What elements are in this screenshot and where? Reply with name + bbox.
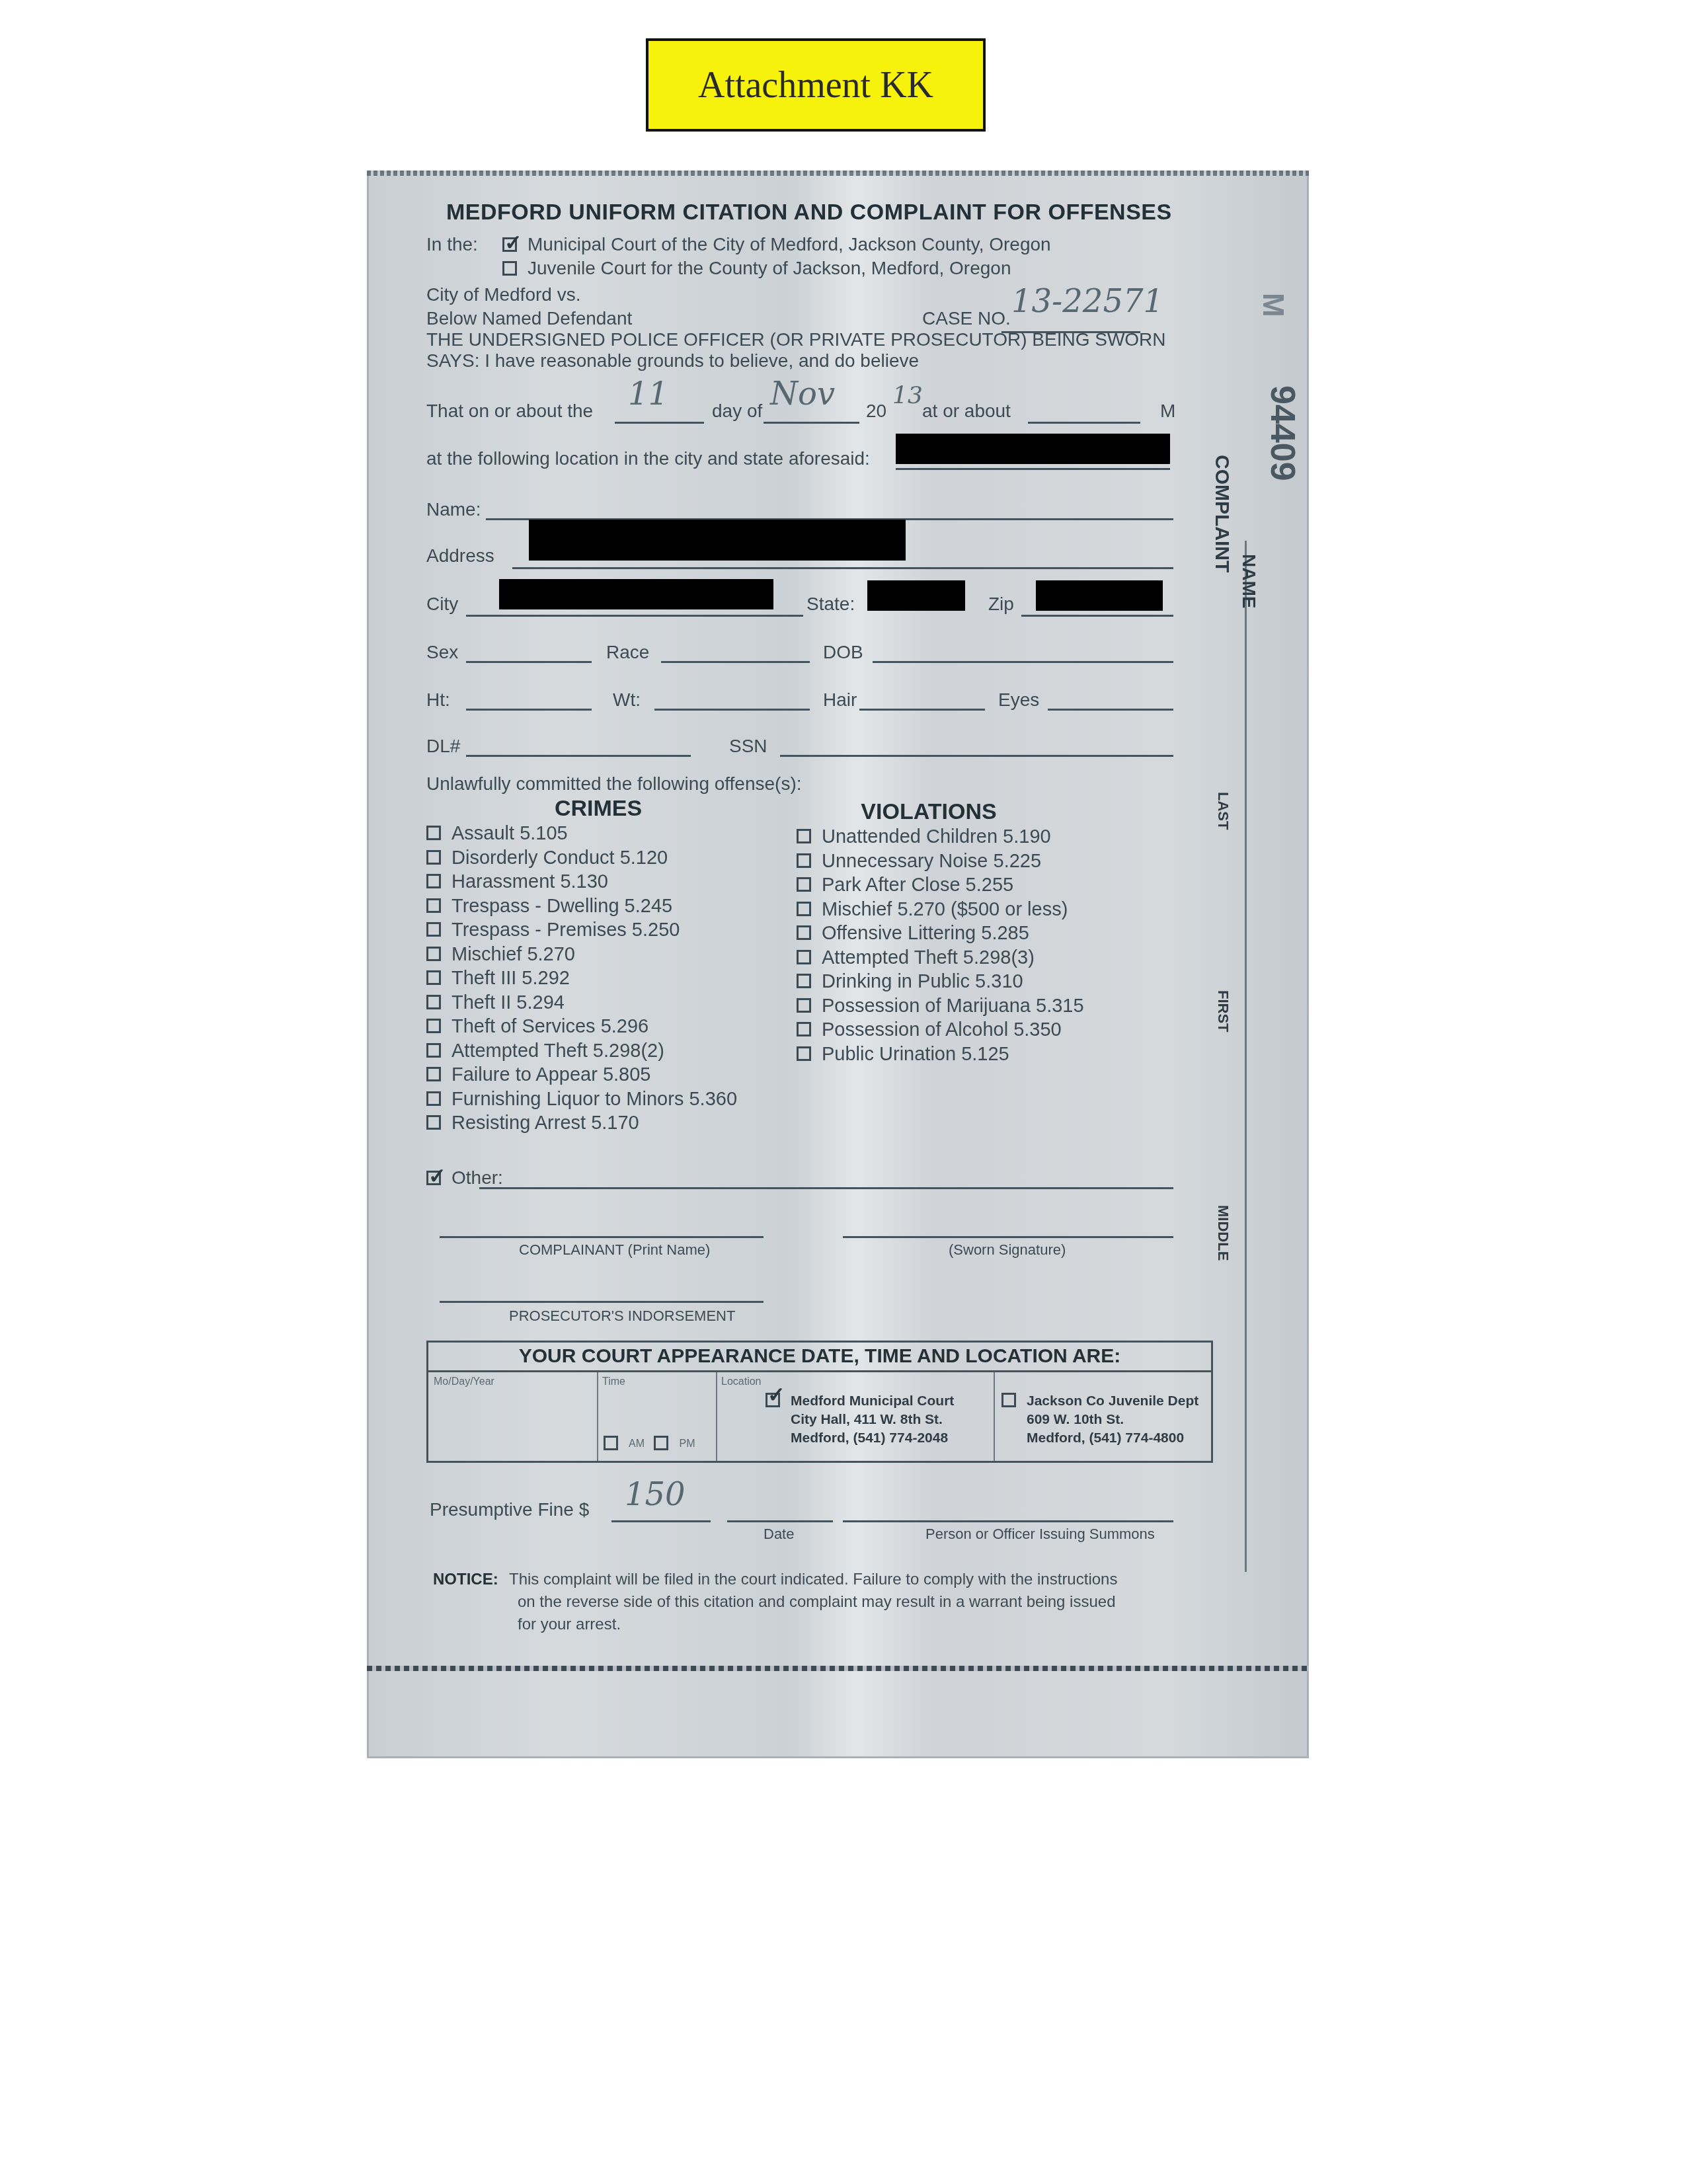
crimes-label: Disorderly Conduct 5.120 <box>451 847 668 869</box>
crimes-label: Theft of Services 5.296 <box>451 1016 648 1037</box>
crimes-item[interactable]: Harassment 5.130 <box>426 870 770 894</box>
prosecutor-label: PROSECUTOR'S INDORSEMENT <box>509 1307 735 1325</box>
crimes-checkbox[interactable] <box>426 947 441 961</box>
address-label: Address <box>426 545 494 566</box>
municipal-court-checkbox[interactable] <box>765 1393 780 1407</box>
crimes-checkbox[interactable] <box>426 1115 441 1130</box>
race-label: Race <box>606 642 649 663</box>
fine-value[interactable]: 150 <box>625 1476 686 1513</box>
at-or-about-label: at or about <box>922 401 1011 422</box>
crimes-label: Furnishing Liquor to Minors 5.360 <box>451 1089 737 1110</box>
violations-item[interactable]: Unnecessary Noise 5.225 <box>797 849 1167 874</box>
state-label: State: <box>806 594 855 615</box>
attachment-label: Attachment KK <box>646 38 986 132</box>
year-prefix: 20 <box>866 401 886 422</box>
below-named: Below Named Defendant <box>426 308 632 329</box>
violations-checkbox[interactable] <box>797 853 811 868</box>
crimes-item[interactable]: Trespass - Dwelling 5.245 <box>426 894 770 919</box>
crimes-item[interactable]: Disorderly Conduct 5.120 <box>426 846 770 871</box>
date-prefix: That on or about the <box>426 401 593 422</box>
violations-label: Unattended Children 5.190 <box>822 826 1051 847</box>
middle-side-label: MIDDLE <box>1214 1205 1232 1261</box>
first-side-label: FIRST <box>1214 990 1232 1033</box>
weight-label: Wt: <box>613 689 641 711</box>
violations-label: Offensive Littering 5.285 <box>822 923 1029 944</box>
violations-checkbox[interactable] <box>797 877 811 892</box>
crimes-list: CRIMES Assault 5.105Disorderly Conduct 5… <box>426 795 770 1136</box>
ssn-label: SSN <box>729 736 767 757</box>
issuer-label: Person or Officer Issuing Summons <box>925 1526 1155 1543</box>
notice-text-2: on the reverse side of this citation and… <box>518 1593 1115 1612</box>
violations-item[interactable]: Public Urination 5.125 <box>797 1042 1167 1067</box>
zip-label: Zip <box>988 594 1014 615</box>
crimes-header: CRIMES <box>426 795 770 822</box>
crimes-checkbox[interactable] <box>426 1067 441 1081</box>
crimes-label: Harassment 5.130 <box>451 871 608 892</box>
violations-checkbox[interactable] <box>797 1022 811 1036</box>
violations-label: Public Urination 5.125 <box>822 1044 1009 1065</box>
crimes-label: Resisting Arrest 5.170 <box>451 1112 639 1134</box>
crimes-label: Mischief 5.270 <box>451 944 575 965</box>
violations-checkbox[interactable] <box>797 829 811 843</box>
redacted-state <box>867 580 965 611</box>
juvenile-dept-checkbox[interactable] <box>1001 1393 1016 1407</box>
crimes-label: Theft III 5.292 <box>451 968 570 989</box>
offense-intro: Unlawfully committed the following offen… <box>426 773 802 795</box>
day-value[interactable]: 11 <box>628 375 668 412</box>
corner-mark: M <box>1256 293 1289 317</box>
dob-label: DOB <box>823 642 863 663</box>
other-offense[interactable]: Other: <box>426 1167 503 1189</box>
violations-label: Drinking in Public 5.310 <box>822 971 1023 992</box>
crimes-checkbox[interactable] <box>426 850 441 865</box>
crimes-label: Failure to Appear 5.805 <box>451 1064 650 1085</box>
sworn-line-1: THE UNDERSIGNED POLICE OFFICER (OR PRIVA… <box>426 329 1166 350</box>
violations-list: VIOLATIONS Unattended Children 5.190Unne… <box>797 799 1167 1066</box>
municipal-checkbox[interactable] <box>502 237 517 252</box>
violations-label: Possession of Alcohol 5.350 <box>822 1019 1062 1040</box>
citation-form: MEDFORD UNIFORM CITATION AND COMPLAINT F… <box>367 171 1309 1758</box>
name-label: Name: <box>426 499 481 520</box>
crimes-item[interactable]: Attempted Theft 5.298(2) <box>426 1039 770 1064</box>
in-the-label: In the: <box>426 234 478 255</box>
am-checkbox[interactable] <box>604 1436 618 1450</box>
city-vs: City of Medford vs. <box>426 284 580 305</box>
other-checkbox[interactable] <box>426 1171 441 1185</box>
day-of-label: day of <box>712 401 762 422</box>
form-title: MEDFORD UNIFORM CITATION AND COMPLAINT F… <box>446 200 1172 225</box>
crimes-item[interactable]: Theft II 5.294 <box>426 991 770 1015</box>
crimes-label: Trespass - Premises 5.250 <box>451 919 680 941</box>
violations-label: Mischief 5.270 ($500 or less) <box>822 899 1068 920</box>
violations-label: Possession of Marijuana 5.315 <box>822 995 1084 1017</box>
crimes-label: Assault 5.105 <box>451 823 568 844</box>
sworn-line-2: SAYS: I have reasonable grounds to belie… <box>426 350 919 371</box>
date-label: Date <box>764 1526 794 1543</box>
violations-checkbox[interactable] <box>797 998 811 1013</box>
notice-text-1: This complaint will be filed in the cour… <box>509 1571 1117 1589</box>
crimes-item[interactable]: Trespass - Premises 5.250 <box>426 918 770 943</box>
month-value[interactable]: Nov <box>770 375 835 412</box>
height-label: Ht: <box>426 689 450 711</box>
crimes-item[interactable]: Theft III 5.292 <box>426 966 770 991</box>
redacted-city <box>499 579 773 609</box>
eyes-label: Eyes <box>998 689 1039 711</box>
crimes-checkbox[interactable] <box>426 970 441 985</box>
court-option-juvenile[interactable]: Juvenile Court for the County of Jackson… <box>502 258 1011 279</box>
crimes-label: Trespass - Dwelling 5.245 <box>451 896 672 917</box>
crimes-label: Attempted Theft 5.298(2) <box>451 1040 664 1062</box>
redacted-location <box>896 434 1170 464</box>
crimes-item[interactable]: Theft of Services 5.296 <box>426 1015 770 1039</box>
serial-number: 94409 <box>1263 385 1302 481</box>
location-cell-municipal[interactable]: Location Medford Municipal Court City Ha… <box>716 1372 995 1461</box>
location-label: at the following location in the city an… <box>426 448 870 469</box>
violations-item[interactable]: Possession of Alcohol 5.350 <box>797 1018 1167 1042</box>
violations-checkbox[interactable] <box>797 925 811 940</box>
crimes-item[interactable]: Mischief 5.270 <box>426 943 770 967</box>
court-appearance-box: YOUR COURT APPEARANCE DATE, TIME AND LOC… <box>426 1341 1213 1463</box>
year-value[interactable]: 13 <box>892 382 923 409</box>
case-no-label: CASE NO. <box>922 308 1011 329</box>
complaint-side-label: COMPLAINT <box>1210 455 1233 572</box>
violations-checkbox[interactable] <box>797 902 811 916</box>
dl-label: DL# <box>426 736 460 757</box>
juvenile-checkbox[interactable] <box>502 261 517 276</box>
court-time-cell[interactable]: Time AM PM <box>597 1372 717 1461</box>
last-side-label: LAST <box>1214 792 1232 830</box>
crimes-checkbox[interactable] <box>426 1091 441 1106</box>
crimes-checkbox[interactable] <box>426 922 441 937</box>
violations-item[interactable]: Attempted Theft 5.298(3) <box>797 946 1167 970</box>
redacted-name <box>529 520 906 561</box>
violations-item[interactable]: Possession of Marijuana 5.315 <box>797 994 1167 1019</box>
city-label: City <box>426 594 458 615</box>
crimes-item[interactable]: Resisting Arrest 5.170 <box>426 1111 770 1136</box>
violations-item[interactable]: Offensive Littering 5.285 <box>797 921 1167 946</box>
complainant-label: COMPLAINANT (Print Name) <box>519 1241 710 1259</box>
fine-label: Presumptive Fine $ <box>430 1499 589 1520</box>
sex-label: Sex <box>426 642 458 663</box>
crimes-checkbox[interactable] <box>426 826 441 840</box>
violations-label: Unnecessary Noise 5.225 <box>822 851 1041 872</box>
sworn-signature-label: (Sworn Signature) <box>949 1241 1066 1259</box>
crimes-checkbox[interactable] <box>426 1019 441 1033</box>
violations-label: Park After Close 5.255 <box>822 875 1013 896</box>
pm-checkbox[interactable] <box>654 1436 668 1450</box>
crimes-label: Theft II 5.294 <box>451 992 565 1013</box>
perforation <box>367 1666 1309 1671</box>
court-date-cell[interactable]: Mo/Day/Year <box>428 1372 598 1461</box>
violations-item[interactable]: Unattended Children 5.190 <box>797 825 1167 849</box>
violations-item[interactable]: Park After Close 5.255 <box>797 873 1167 898</box>
court-box-header: YOUR COURT APPEARANCE DATE, TIME AND LOC… <box>428 1343 1211 1372</box>
hair-label: Hair <box>823 689 857 711</box>
crimes-item[interactable]: Furnishing Liquor to Minors 5.360 <box>426 1087 770 1112</box>
violations-label: Attempted Theft 5.298(3) <box>822 947 1035 968</box>
meridiem-label: M <box>1160 401 1175 422</box>
violations-checkbox[interactable] <box>797 1046 811 1061</box>
violations-item[interactable]: Drinking in Public 5.310 <box>797 970 1167 994</box>
name-side-label: NAME <box>1238 554 1259 608</box>
crimes-checkbox[interactable] <box>426 1043 441 1058</box>
violations-item[interactable]: Mischief 5.270 ($500 or less) <box>797 898 1167 922</box>
redacted-zip <box>1036 580 1163 611</box>
location-cell-juvenile[interactable]: Jackson Co Juvenile Dept 609 W. 10th St.… <box>994 1372 1211 1461</box>
case-no-value[interactable]: 13-22571 <box>1011 283 1163 320</box>
crimes-item[interactable]: Failure to Appear 5.805 <box>426 1063 770 1087</box>
court-option-municipal[interactable]: Municipal Court of the City of Medford, … <box>502 234 1051 255</box>
notice-label: NOTICE: <box>433 1571 498 1589</box>
violations-checkbox[interactable] <box>797 974 811 988</box>
notice-text-3: for your arrest. <box>518 1616 621 1634</box>
crimes-item[interactable]: Assault 5.105 <box>426 822 770 846</box>
crimes-checkbox[interactable] <box>426 995 441 1009</box>
crimes-checkbox[interactable] <box>426 874 441 888</box>
crimes-checkbox[interactable] <box>426 898 441 913</box>
violations-checkbox[interactable] <box>797 950 811 964</box>
violations-header: VIOLATIONS <box>797 799 1061 825</box>
